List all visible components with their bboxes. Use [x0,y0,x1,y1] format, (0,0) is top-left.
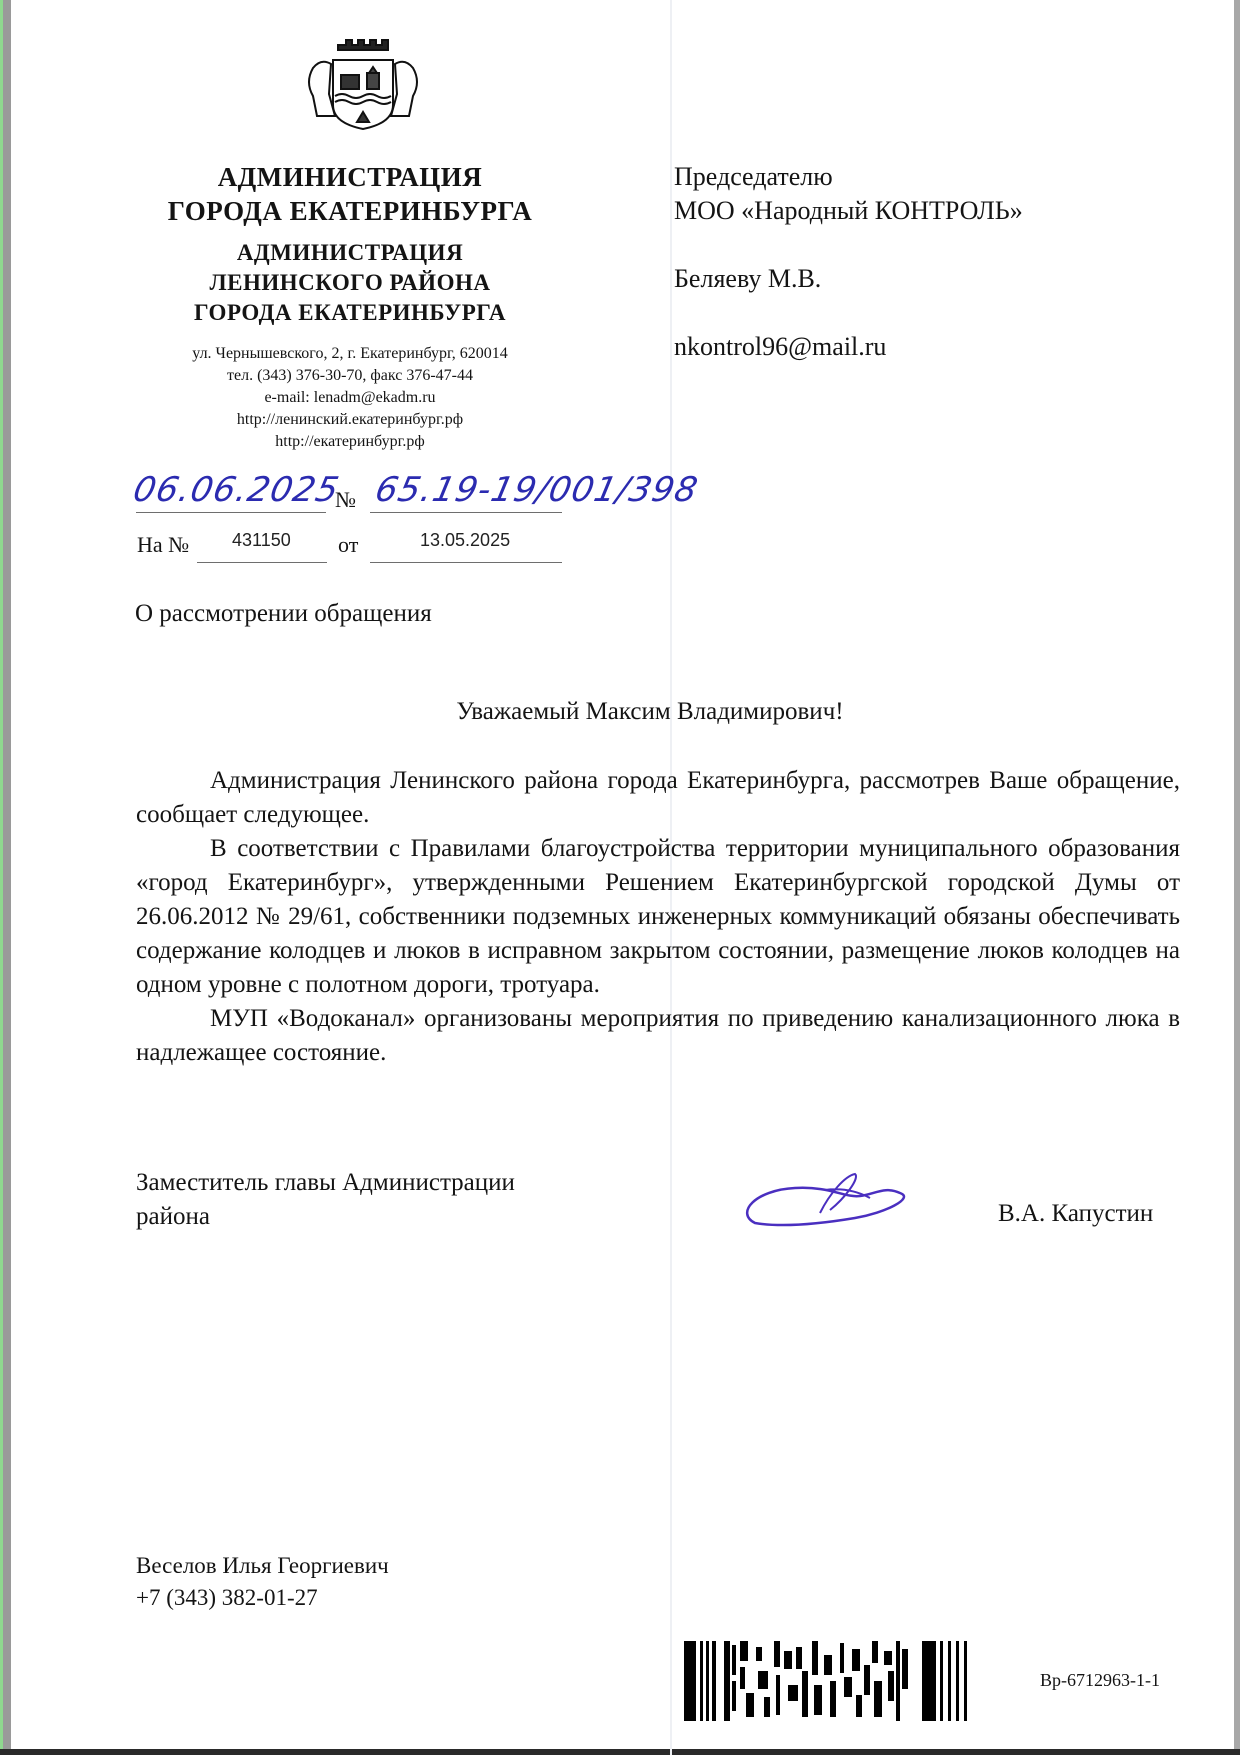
org-site-2: http://екатеринбург.рф [130,431,570,453]
date-underline [136,512,326,513]
org-name-line: ЛЕНИНСКОГО РАЙОНА [130,268,570,298]
recipient-name: Беляеву М.В. [674,262,1023,296]
reply-to-date: 13.05.2025 [420,530,510,551]
executor-name: Веселов Илья Георгиевич [136,1550,389,1582]
org-address: ул. Чернышевского, 2, г. Екатеринбург, 6… [130,343,570,365]
reply-to-number: 431150 [232,530,291,551]
org-name-sub: АДМИНИСТРАЦИЯ ЛЕНИНСКОГО РАЙОНА ГОРОДА Е… [130,238,570,328]
registration-number: 65.19-19/001/398 [372,470,702,510]
body-paragraph: В соответствии с Правилами благоустройст… [136,832,1180,1002]
document-code: Вр-6712963-1-1 [1040,1670,1160,1691]
number-underline [370,512,562,513]
handwritten-signature-icon [735,1168,955,1238]
org-name-line: АДМИНИСТРАЦИЯ [130,238,570,268]
scan-edge-bottom [0,1749,1240,1755]
org-site-1: http://ленинский.екатеринбург.рф [130,409,570,431]
letter-subject: О рассмотрении обращения [135,600,432,628]
reply-date-underline [370,562,562,563]
from-label: от [338,532,358,558]
signatory-title: Заместитель главы Администрации района [136,1166,515,1234]
org-email: e-mail: lenadm@ekadm.ru [130,387,570,409]
org-contacts: ул. Чернышевского, 2, г. Екатеринбург, 6… [130,343,570,453]
executor-phone: +7 (343) 382-01-27 [136,1582,389,1614]
pdf417-barcode-icon [684,1641,972,1721]
recipient-organization: МОО «Народный КОНТРОЛЬ» [674,194,1023,228]
coat-of-arms-icon [293,28,433,138]
reply-number-underline [197,562,327,563]
scan-edge-left-shadow [3,0,11,1755]
org-name-line: ГОРОДА ЕКАТЕРИНБУРГА [130,298,570,328]
letter-body: Администрация Ленинского района города Е… [136,764,1180,1070]
letter-greeting: Уважаемый Максим Владимирович! [0,698,1240,726]
executor-block: Веселов Илья Георгиевич +7 (343) 382-01-… [136,1550,389,1614]
signatory-title-line: района [136,1200,515,1234]
registration-date: 06.06.2025 [130,470,343,510]
body-paragraph: МУП «Водоканал» организованы мероприятия… [136,1002,1180,1070]
org-name-line: ГОРОДА ЕКАТЕРИНБУРГА [130,194,570,228]
number-label: № [335,487,356,513]
signatory-name: В.А. Капустин [998,1200,1153,1228]
org-name-main: АДМИНИСТРАЦИЯ ГОРОДА ЕКАТЕРИНБУРГА [130,160,570,228]
org-phone: тел. (343) 376-30-70, факс 376-47-44 [130,365,570,387]
reply-to-label: На № [137,532,189,558]
recipient-email: nkontrol96@mail.ru [674,330,1023,364]
recipient-position: Председателю [674,160,1023,194]
scan-edge-right [1234,0,1240,1755]
recipient-block: Председателю МОО «Народный КОНТРОЛЬ» Бел… [674,160,1023,364]
body-paragraph: Администрация Ленинского района города Е… [136,764,1180,832]
signatory-title-line: Заместитель главы Администрации [136,1166,515,1200]
org-name-line: АДМИНИСТРАЦИЯ [130,160,570,194]
